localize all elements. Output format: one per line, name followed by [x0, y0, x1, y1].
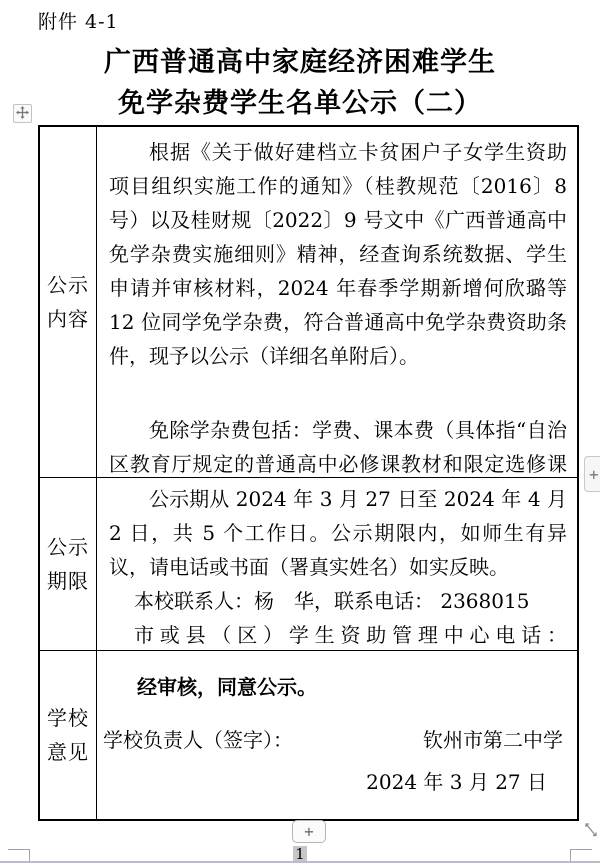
move-cross-icon: [16, 104, 29, 123]
table-row-school-opinion: 学校 意见 经审核，同意公示。 学校负责人（签字）： 钦州市第二中学 2024 …: [40, 651, 577, 819]
row-label-public-content[interactable]: 公示 内容: [40, 127, 97, 477]
approval-statement: 经审核，同意公示。: [103, 671, 567, 705]
row-label-text: 公示: [47, 530, 89, 564]
plus-icon: +: [304, 822, 314, 841]
row-label-text: 学校: [47, 701, 89, 735]
insert-column-button[interactable]: +: [584, 456, 600, 492]
page-title-line2: 免学杂费学生名单公示（二）: [0, 83, 600, 124]
row-label-text: 公示: [47, 268, 89, 302]
table-move-handle[interactable]: [13, 104, 32, 123]
row-label-text: 意见: [47, 735, 89, 769]
period-paragraph: 公示期从 2024 年 3 月 27 日至 2024 年 4 月 2 日，共 5…: [109, 482, 567, 584]
cell-public-content[interactable]: 根据《关于做好建档立卡贫困户子女学生资助项目组织实施工作的通知》（桂教规范〔20…: [97, 127, 577, 477]
notice-paragraph-scope: 免除学杂费包括：学费、课本费（具体指“自治区教育厅规定的普通高中必修课教材和限定…: [109, 413, 567, 477]
row-label-school-opinion[interactable]: 学校 意见: [40, 651, 97, 819]
school-contact-line: 本校联系人：杨 华，联系电话： 2368015: [109, 584, 567, 618]
attachment-label[interactable]: 附件 4-1: [38, 7, 119, 34]
aid-center-phone-line: 市或县（区）学生资助管理中心电话： 2819979: [109, 618, 567, 650]
school-name: 钦州市第二中学: [423, 723, 563, 757]
cell-school-opinion[interactable]: 经审核，同意公示。 学校负责人（签字）： 钦州市第二中学 2024 年 3 月 …: [97, 651, 577, 819]
cell-public-period[interactable]: 公示期从 2024 年 3 月 27 日至 2024 年 4 月 2 日，共 5…: [97, 478, 577, 650]
signature-row: 学校负责人（签字）： 钦州市第二中学: [103, 723, 567, 757]
row-label-public-period[interactable]: 公示 期限: [40, 478, 97, 650]
notice-paragraph-basis: 根据《关于做好建档立卡贫困户子女学生资助项目组织实施工作的通知》（桂教规范〔20…: [109, 135, 567, 373]
opinion-date: 2024 年 3 月 27 日: [103, 765, 567, 799]
page-bottom-edge: [0, 861, 600, 863]
page-title[interactable]: 广西普通高中家庭经济困难学生 免学杂费学生名单公示（二）: [0, 42, 600, 124]
table-row-content: 公示 内容 根据《关于做好建档立卡贫困户子女学生资助项目组织实施工作的通知》（桂…: [40, 127, 577, 478]
page-title-line1: 广西普通高中家庭经济困难学生: [0, 42, 600, 83]
notice-table: 公示 内容 根据《关于做好建档立卡贫困户子女学生资助项目组织实施工作的通知》（桂…: [38, 125, 579, 821]
insert-row-button[interactable]: +: [292, 820, 326, 843]
row-label-text: 内容: [47, 302, 89, 336]
row-label-text: 期限: [47, 564, 89, 598]
table-row-period: 公示 期限 公示期从 2024 年 3 月 27 日至 2024 年 4 月 2…: [40, 478, 577, 651]
table-resize-handle[interactable]: [584, 822, 598, 838]
plus-icon: +: [589, 465, 599, 484]
signature-label: 学校负责人（签字）：: [103, 723, 293, 757]
